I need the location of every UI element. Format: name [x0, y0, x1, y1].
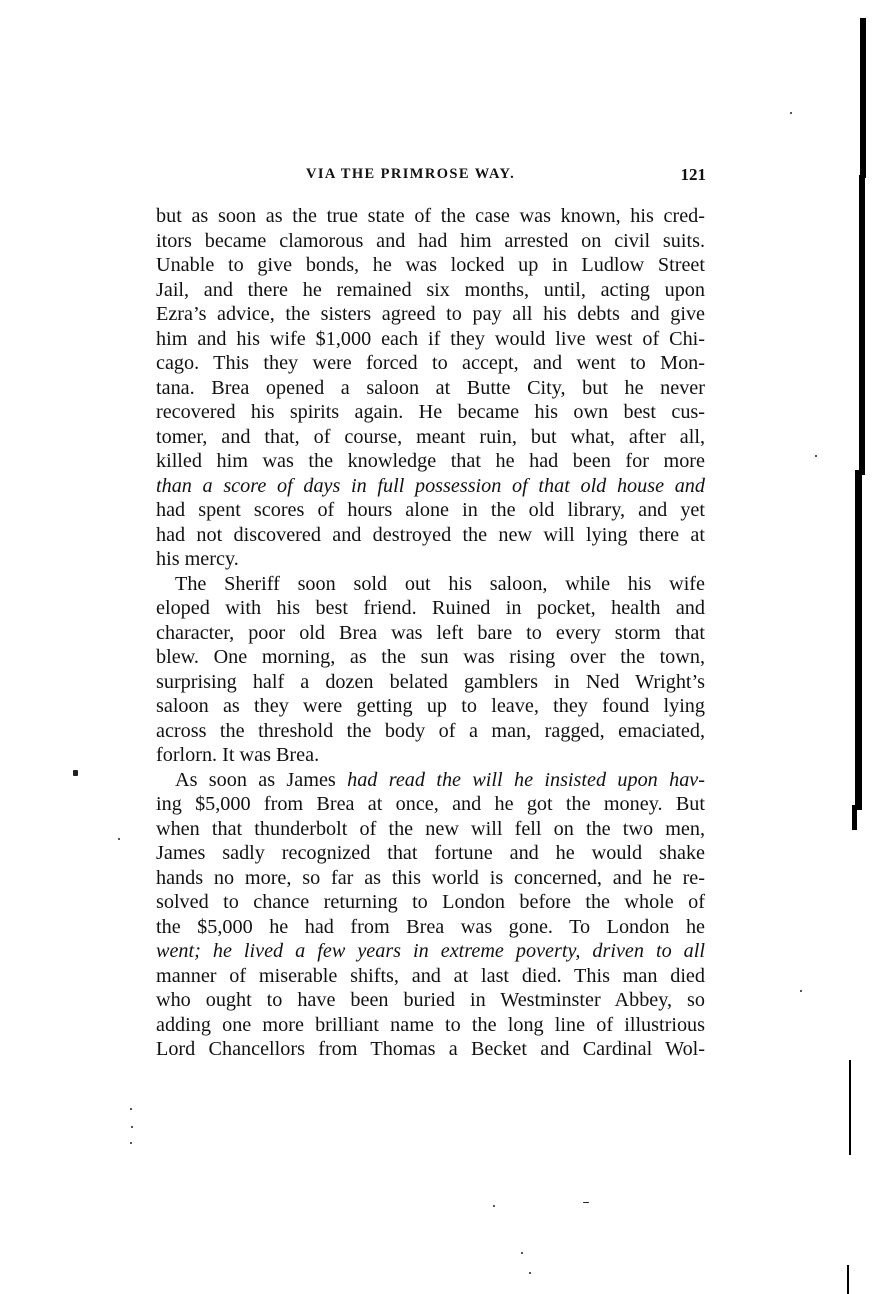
text-line: had not discovered and destroyed the new…: [156, 523, 705, 548]
text-line: eloped with his best friend. Ruined in p…: [156, 596, 705, 621]
text-line: solved to chance returning to London bef…: [156, 890, 705, 915]
text-line: when that thunderbolt of the new will fe…: [156, 817, 705, 842]
text-segment: Ezra’s advice, the sisters agreed to pay…: [156, 303, 705, 325]
text-line: had spent scores of hours alone in the o…: [156, 498, 705, 523]
text-line: but as soon as the true state of the cas…: [156, 204, 705, 229]
scan-speck: [130, 1142, 132, 1144]
text-segment: killed him was the knowledge that he had…: [156, 450, 705, 472]
text-segment: surprising half a dozen belated gamblers…: [156, 671, 705, 693]
text-segment: had not discovered and destroyed the new…: [156, 524, 705, 546]
text-segment: eloped with his best friend. Ruined in p…: [156, 597, 705, 619]
text-line: Ezra’s advice, the sisters agreed to pay…: [156, 302, 705, 327]
text-line: tomer, and that, of course, meant ruin, …: [156, 425, 705, 450]
text-line: saloon as they were getting up to leave,…: [156, 694, 705, 719]
text-line: his mercy.: [156, 547, 705, 572]
text-segment: tomer, and that, of course, meant ruin, …: [156, 426, 705, 448]
text-segment: Jail, and there he remained six months, …: [156, 279, 705, 301]
text-segment: than a score of days in full possession …: [156, 475, 705, 497]
scan-speck: [800, 990, 802, 992]
text-line: blew. One morning, as the sun was rising…: [156, 645, 705, 670]
text-line: the $5,000 he had from Brea was gone. To…: [156, 915, 705, 940]
scan-speck: [521, 1252, 523, 1254]
text-segment: cago. This they were forced to accept, a…: [156, 352, 705, 374]
text-segment: but as soon as the true state of the cas…: [156, 205, 705, 227]
text-segment: his mercy.: [156, 548, 239, 570]
text-line: him and his wife $1,000 each if they wou…: [156, 327, 705, 352]
text-line: itors became clamorous and had him arres…: [156, 229, 705, 254]
text-line: As soon as James had read the will he in…: [156, 768, 705, 793]
text-segment: tana. Brea opened a saloon at Butte City…: [156, 377, 705, 399]
scan-edge-shadow: [859, 175, 865, 475]
scan-speck: [583, 1202, 589, 1203]
text-line: Lord Chancellors from Thomas a Becket an…: [156, 1037, 705, 1062]
scan-speck: [130, 1108, 132, 1110]
scan-speck: [790, 112, 792, 114]
running-head: VIA THE PRIMROSE WAY. 121: [156, 166, 706, 188]
text-line: James sadly recognized that fortune and …: [156, 841, 705, 866]
scan-speck: [529, 1272, 531, 1274]
scan-speck: [815, 455, 817, 457]
text-segment: saloon as they were getting up to leave,…: [156, 695, 705, 717]
text-line: than a score of days in full possession …: [156, 474, 705, 499]
text-segment: forlorn. It was Brea.: [156, 744, 319, 766]
text-segment: who ought to have been buried in Westmin…: [156, 989, 705, 1011]
scan-speck: [493, 1205, 495, 1207]
scan-edge-shadow: [860, 18, 866, 178]
text-line: across the threshold the body of a man, …: [156, 719, 705, 744]
scan-speck: [118, 838, 120, 840]
text-segment: across the threshold the body of a man, …: [156, 720, 705, 742]
text-line: manner of miserable shifts, and at last …: [156, 964, 705, 989]
text-line: cago. This they were forced to accept, a…: [156, 351, 705, 376]
scan-edge-shadow: [852, 805, 857, 830]
text-segment: The Sheriff soon sold out his saloon, wh…: [175, 573, 705, 595]
page-number: 121: [681, 165, 707, 185]
text-segment: went; he lived a few years in extreme po…: [156, 940, 705, 962]
text-line: hands no more, so far as this world is c…: [156, 866, 705, 891]
text-line: adding one more brilliant name to the lo…: [156, 1013, 705, 1038]
text-segment: blew. One morning, as the sun was rising…: [156, 646, 705, 668]
running-title: VIA THE PRIMROSE WAY.: [306, 166, 515, 183]
text-line: killed him was the knowledge that he had…: [156, 449, 705, 474]
text-segment: Lord Chancellors from Thomas a Becket an…: [156, 1038, 705, 1060]
text-segment: manner of miserable shifts, and at last …: [156, 965, 705, 987]
scan-speck: [131, 1126, 133, 1128]
text-segment: recovered his spirits again. He became h…: [156, 401, 705, 423]
scanned-book-page: VIA THE PRIMROSE WAY. 121 but as soon as…: [0, 0, 877, 1294]
body-text: but as soon as the true state of the cas…: [156, 204, 705, 1062]
text-segment: the $5,000 he had from Brea was gone. To…: [156, 916, 705, 938]
text-segment: solved to chance returning to London bef…: [156, 891, 705, 913]
scan-speck: [73, 770, 78, 776]
text-line: who ought to have been buried in Westmin…: [156, 988, 705, 1013]
text-segment: had spent scores of hours alone in the o…: [156, 499, 705, 521]
text-line: tana. Brea opened a saloon at Butte City…: [156, 376, 705, 401]
scan-edge-shadow: [855, 470, 862, 810]
text-segment: James sadly recognized that fortune and …: [156, 842, 705, 864]
text-segment: itors became clamorous and had him arres…: [156, 230, 705, 252]
text-line: Jail, and there he remained six months, …: [156, 278, 705, 303]
text-line: character, poor old Brea was left bare t…: [156, 621, 705, 646]
text-segment: adding one more brilliant name to the lo…: [156, 1014, 705, 1036]
text-line: forlorn. It was Brea.: [156, 743, 705, 768]
text-segment: when that thunderbolt of the new will fe…: [156, 818, 705, 840]
text-segment: As soon as James: [175, 769, 347, 791]
text-line: went; he lived a few years in extreme po…: [156, 939, 705, 964]
scan-edge-shadow: [849, 1060, 851, 1155]
text-segment: hands no more, so far as this world is c…: [156, 867, 705, 889]
text-segment: ing $5,000 from Brea at once, and he got…: [156, 793, 705, 815]
text-segment: him and his wife $1,000 each if they wou…: [156, 328, 705, 350]
text-line: surprising half a dozen belated gamblers…: [156, 670, 705, 695]
text-segment: Unable to give bonds, he was locked up i…: [156, 254, 705, 276]
text-line: ing $5,000 from Brea at once, and he got…: [156, 792, 705, 817]
text-line: The Sheriff soon sold out his saloon, wh…: [156, 572, 705, 597]
text-line: Unable to give bonds, he was locked up i…: [156, 253, 705, 278]
scan-edge-shadow: [847, 1265, 849, 1294]
text-segment: character, poor old Brea was left bare t…: [156, 622, 705, 644]
text-line: recovered his spirits again. He became h…: [156, 400, 705, 425]
text-segment: had read the will he insisted upon hav-: [347, 769, 705, 791]
